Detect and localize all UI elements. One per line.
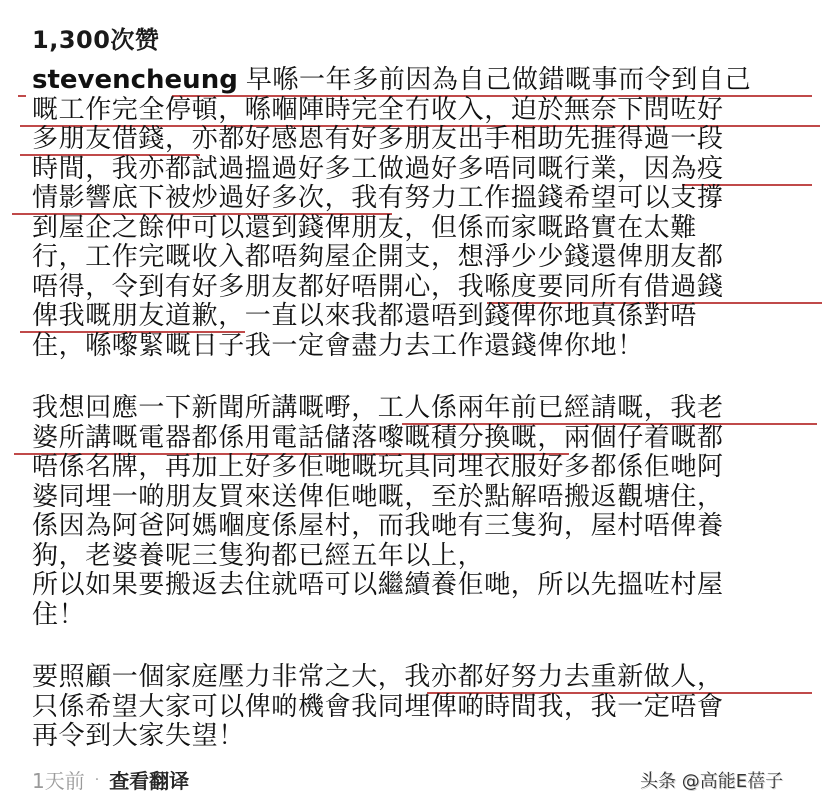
post-caption: stevencheung早喺一年多前因為自己做錯嘅事而令到自己 嘅工作完全停頓，… <box>32 66 812 752</box>
caption-text: 住！ <box>32 600 85 630</box>
caption-text: 只係希望大家可以俾啲機會我同埋俾啲時間我，我一定唔會 <box>32 692 724 722</box>
caption-line: 婆所講嘅電器都係用電話儲落嚟嘅積分換嘅，兩個仔着嘅都 <box>32 424 812 454</box>
caption-text: 俾我嘅朋友道歉，一直以來我都還唔到錢俾你地真係對唔 <box>32 301 697 331</box>
caption-text: 唔得，令到有好多朋友都好唔開心，我喺度要同所有借過錢 <box>32 272 724 302</box>
caption-line: 嘅工作完全停頓，喺嗰陣時完全冇收入，迫於無奈下問咗好 <box>32 96 812 126</box>
caption-line: 唔得，令到有好多朋友都好唔開心，我喺度要同所有借過錢 <box>32 273 812 303</box>
caption-text: 唔係名牌，再加上好多佢哋嘅玩具同埋衣服好多都係佢哋阿 <box>32 452 724 482</box>
caption-line: 我想回應一下新聞所講嘅嘢，工人係兩年前已經請嘅，我老 <box>32 394 812 424</box>
caption-text: 嘅工作完全停頓，喺嗰陣時完全冇收入，迫於無奈下問咗好 <box>32 95 724 125</box>
caption-line: 係因為阿爸阿媽嗰度係屋村，而我哋有三隻狗，屋村唔俾養 <box>32 512 812 542</box>
separator-dot: · <box>95 772 99 788</box>
like-count[interactable]: 1,300次赞 <box>32 20 159 55</box>
caption-text: 婆所講嘅電器都係用電話儲落嚟嘅積分換嘅，兩個仔着嘅都 <box>32 423 724 453</box>
caption-text: 狗，老婆養呢三隻狗都已經五年以上， <box>32 541 484 571</box>
caption-line: 俾我嘅朋友道歉，一直以來我都還唔到錢俾你地真係對唔 <box>32 302 812 332</box>
caption-text: 情影響底下被炒過好多次，我有努力工作搵錢希望可以支撐 <box>32 183 724 213</box>
caption-text: 我想回應一下新聞所講嘅嘢，工人係兩年前已經請嘅，我老 <box>32 393 724 423</box>
caption-line: 唔係名牌，再加上好多佢哋嘅玩具同埋衣服好多都係佢哋阿 <box>32 453 812 483</box>
caption-line: 婆同埋一啲朋友買來送俾佢哋嘅，至於點解唔搬返觀塘住， <box>32 483 812 513</box>
caption-line: 住，喺嚟緊嘅日子我一定會盡力去工作還錢俾你地！ <box>32 332 812 362</box>
caption-line: 情影響底下被炒過好多次，我有努力工作搵錢希望可以支撐 <box>32 184 812 214</box>
caption-line: 所以如果要搬返去住就唔可以繼續養佢哋，所以先搵咗村屋 <box>32 571 812 601</box>
see-translation-link[interactable]: 查看翻译 <box>109 765 189 794</box>
caption-line: 行，工作完嘅收入都唔夠屋企開支，想淨少少錢還俾朋友都 <box>32 243 812 273</box>
caption-text: 住，喺嚟緊嘅日子我一定會盡力去工作還錢俾你地！ <box>32 331 644 361</box>
caption-line: 住！ <box>32 601 812 631</box>
caption-line: 到屋企之餘仲可以還到錢俾朋友，但係而家嘅路實在太難 <box>32 214 812 244</box>
caption-text: 要照顧一個家庭壓力非常之大，我亦都好努力去重新做人， <box>32 662 724 692</box>
timestamp: 1天前 <box>32 765 85 794</box>
caption-line: stevencheung早喺一年多前因為自己做錯嘅事而令到自己 <box>32 66 812 96</box>
caption-text: 婆同埋一啲朋友買來送俾佢哋嘅，至於點解唔搬返觀塘住， <box>32 482 724 512</box>
caption-text: 係因為阿爸阿媽嗰度係屋村，而我哋有三隻狗，屋村唔俾養 <box>32 511 724 541</box>
post-footer: 1天前 · 查看翻译 <box>32 765 189 794</box>
caption-text: 行，工作完嘅收入都唔夠屋企開支，想淨少少錢還俾朋友都 <box>32 242 724 272</box>
caption-line: 再令到大家失望！ <box>32 722 812 752</box>
caption-text: 早喺一年多前因為自己做錯嘅事而令到自己 <box>246 65 751 95</box>
watermark: 头条 @高能E蓓子 <box>640 767 783 793</box>
caption-line: 多朋友借錢，亦都好感恩有好多朋友出手相助先捱得過一段 <box>32 125 812 155</box>
username-link[interactable]: stevencheung <box>32 65 238 95</box>
caption-line: 時間，我亦都試過搵過好多工做過好多唔同嘅行業，因為疫 <box>32 155 812 185</box>
caption-text: 所以如果要搬返去住就唔可以繼續養佢哋，所以先搵咗村屋 <box>32 570 724 600</box>
caption-text: 時間，我亦都試過搵過好多工做過好多唔同嘅行業，因為疫 <box>32 154 724 184</box>
caption-line: 只係希望大家可以俾啲機會我同埋俾啲時間我，我一定唔會 <box>32 693 812 723</box>
caption-line: 要照顧一個家庭壓力非常之大，我亦都好努力去重新做人， <box>32 663 812 693</box>
highlight-underline <box>18 95 26 97</box>
caption-line: 狗，老婆養呢三隻狗都已經五年以上， <box>32 542 812 572</box>
caption-text: 多朋友借錢，亦都好感恩有好多朋友出手相助先捱得過一段 <box>32 124 724 154</box>
caption-text: 再令到大家失望！ <box>32 721 245 751</box>
caption-text: 到屋企之餘仲可以還到錢俾朋友，但係而家嘅路實在太難 <box>32 213 697 243</box>
